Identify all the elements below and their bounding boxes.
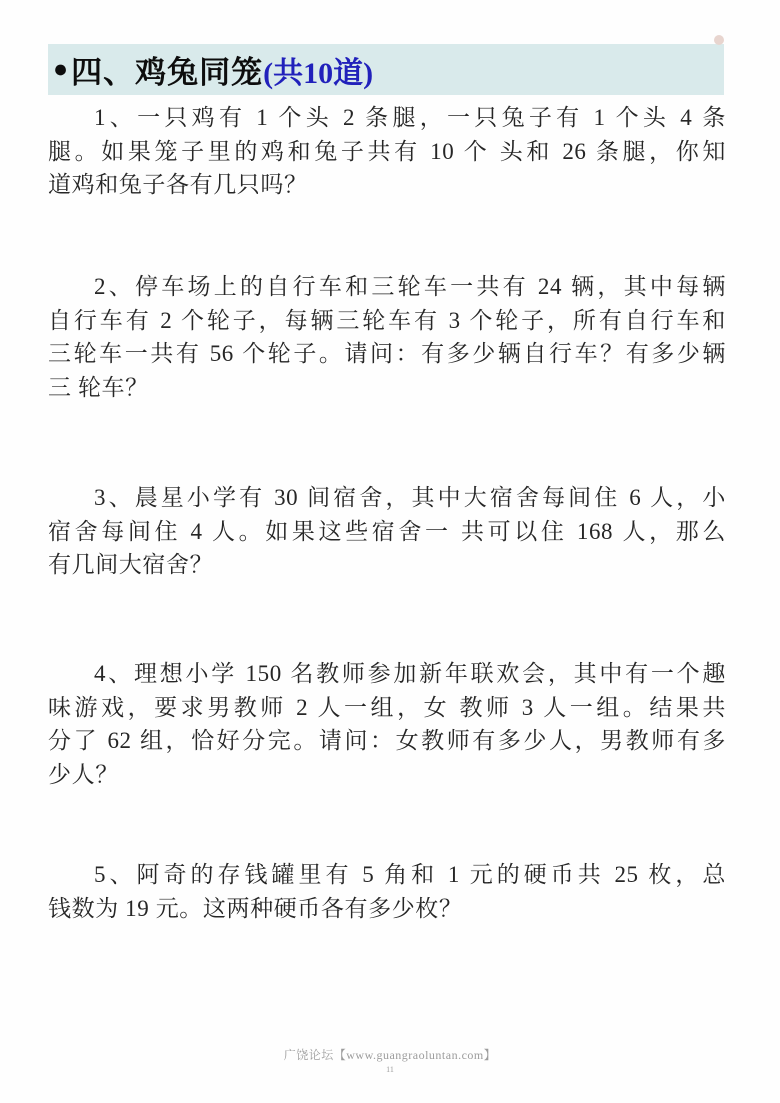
section-question-count: (共10道) <box>263 48 373 92</box>
problem-line: 5、阿奇的存钱罐里有 5 角和 1 元的硬币共 25 枚，总 <box>48 858 726 892</box>
footer-site-credit: 广饶论坛【www.guangraoluntan.com】 <box>0 1046 780 1063</box>
scan-artifact-dot <box>714 35 724 45</box>
problem-line: 自行车有 2 个轮子，每辆三轮车有 3 个轮子，所有自行车和 <box>48 304 726 338</box>
problem-4: 4、理想小学 150 名教师参加新年联欢会，其中有一个趣 味游戏，要求男教师 2… <box>48 657 726 791</box>
problem-line: 有几间大宿舍？ <box>48 548 726 582</box>
problem-line: 分了 62 组，恰好分完。请问：女教师有多少人，男教师有多 <box>48 724 726 758</box>
problem-3: 3、晨星小学有 30 间宿舍，其中大宿舍每间住 6 人，小 宿舍每间住 4 人。… <box>48 481 726 582</box>
problem-line: 三轮车一共有 56 个轮子。请问：有多少辆自行车？有多少辆 <box>48 337 726 371</box>
problem-2: 2、停车场上的自行车和三轮车一共有 24 辆，其中每辆 自行车有 2 个轮子，每… <box>48 270 726 404</box>
section-bullet-icon: ● <box>53 57 68 82</box>
problem-5: 5、阿奇的存钱罐里有 5 角和 1 元的硬币共 25 枚，总 钱数为 19 元。… <box>48 858 726 925</box>
problem-line: 少人？ <box>48 758 726 792</box>
footer-page-number: 11 <box>0 1065 780 1074</box>
problem-line: 钱数为 19 元。这两种硬币各有多少枚？ <box>48 892 726 926</box>
problem-line: 3、晨星小学有 30 间宿舍，其中大宿舍每间住 6 人，小 <box>48 481 726 515</box>
problem-line: 道鸡和兔子各有几只吗？ <box>48 168 726 202</box>
problem-line: 三 轮车？ <box>48 371 726 405</box>
problem-line: 腿。如果笼子里的鸡和兔子共有 10 个 头和 26 条腿，你知 <box>48 135 726 169</box>
problem-1: 1、一只鸡有 1 个头 2 条腿，一只兔子有 1 个头 4 条 腿。如果笼子里的… <box>48 101 726 202</box>
problem-line: 味游戏，要求男教师 2 人一组，女 教师 3 人一组。结果共 <box>48 691 726 725</box>
problem-line: 1、一只鸡有 1 个头 2 条腿，一只兔子有 1 个头 4 条 <box>48 101 726 135</box>
section-title: 四、鸡兔同笼 <box>71 47 263 92</box>
problem-line: 2、停车场上的自行车和三轮车一共有 24 辆，其中每辆 <box>48 270 726 304</box>
problem-line: 4、理想小学 150 名教师参加新年联欢会，其中有一个趣 <box>48 657 726 691</box>
section-header: ● 四、鸡兔同笼 (共10道) <box>48 44 724 95</box>
problem-line: 宿舍每间住 4 人。如果这些宿舍一 共可以住 168 人，那么 <box>48 515 726 549</box>
